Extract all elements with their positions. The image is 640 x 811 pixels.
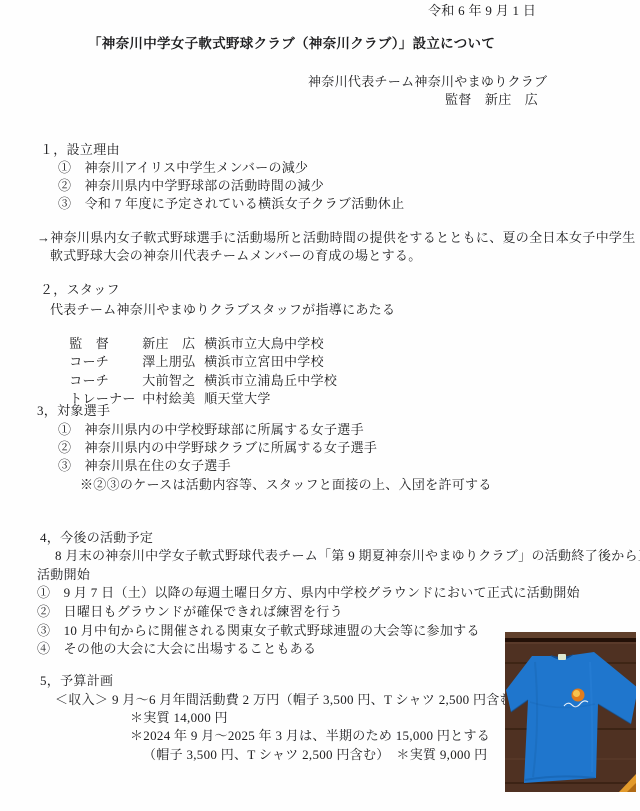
document-date: 令和 6 年 9 月 1 日 xyxy=(428,3,536,19)
team-byline: 神奈川代表チーム神奈川やまゆりクラブ xyxy=(308,74,547,90)
budget-half-term-detail: （帽子 3,500 円、T シャツ 2,500 円含む） ＊実質 9,000 円 xyxy=(143,747,487,763)
section-schedule-heading: 4，今後の活動予定 xyxy=(40,530,153,546)
schedule-para-line-1: 8 月末の神奈川中学女子軟式野球代表チーム「第 9 期夏神奈川やまゆりクラブ」の… xyxy=(55,548,640,564)
budget-income-label: ＜収入＞ xyxy=(55,692,108,708)
budget-half-term-note: ＊2024 年 9 月～2025 年 3 月は、半期のため 15,000 円とす… xyxy=(130,728,490,744)
section-players-heading: 3，対象選手 xyxy=(37,403,110,419)
budget-real-note: ＊実質 14,000 円 xyxy=(130,710,228,726)
reason-summary-line-2: 軟式野球大会の神奈川代表チームメンバーの育成の場とする。 xyxy=(50,248,422,264)
staff-org: 順天堂大学 xyxy=(204,391,271,406)
manager-byline: 監督 新庄 広 xyxy=(445,92,538,108)
staff-name: 中村絵美 xyxy=(142,391,204,407)
reason-summary-line-1: →神奈川県内女子軟式野球選手に活動場所と活動時間の提供をするとともに、夏の全日本… xyxy=(37,230,636,246)
schedule-item-2: ② 日曜日もグラウンドが確保できれば練習を行う xyxy=(37,604,343,620)
reason-item-1: ① 神奈川アイリス中学生メンバーの減少 xyxy=(58,160,308,176)
collar-label xyxy=(558,654,566,660)
schedule-item-4: ④ その他の大会に大会に出場することもある xyxy=(37,641,316,657)
players-item-3: ③ 神奈川県在住の女子選手 xyxy=(58,458,231,474)
section-budget-heading: 5，予算計画 xyxy=(40,673,113,689)
section-reason-heading: １，設立理由 xyxy=(40,142,120,158)
schedule-item-3: ③ 10 月中旬からに開催される関東女子軟式野球連盟の大会等に参加する xyxy=(37,623,480,639)
reason-item-2: ② 神奈川県内中学野球部の活動時間の減少 xyxy=(58,178,324,194)
staff-intro: 代表チーム神奈川やまゆりクラブスタッフが指導にあたる xyxy=(50,302,395,318)
section-staff-heading: ２，スタッフ xyxy=(40,282,120,298)
players-item-1: ① 神奈川県内の中学校野球部に所属する女子選手 xyxy=(58,422,364,438)
tshirt-photo-graphic xyxy=(505,632,636,792)
schedule-item-1: ① 9 月 7 日（土）以降の毎週土曜日夕方、県内中学校グラウンドにおいて正式に… xyxy=(37,585,580,601)
reason-item-3: ③ 令和 7 年度に予定されている横浜女子クラブ活動休止 xyxy=(58,196,404,212)
document-page: 令和 6 年 9 月 1 日 「神奈川中学女子軟式野球クラブ（神奈川クラブ）」設… xyxy=(0,0,640,811)
players-item-2: ② 神奈川県内の中学野球クラブに所属する女子選手 xyxy=(58,440,377,456)
schedule-para-line-2: 活動開始 xyxy=(37,567,90,583)
document-title: 「神奈川中学女子軟式野球クラブ（神奈川クラブ）」設立について xyxy=(88,36,495,52)
tshirt-photo xyxy=(505,632,636,792)
budget-income-text: 9 月～6 月年間活動費 2 万円（帽子 3,500 円、T シャツ 2,500… xyxy=(112,692,526,708)
players-note: ※②③のケースは活動内容等、スタッフと面接の上、入団を許可する xyxy=(80,477,492,493)
